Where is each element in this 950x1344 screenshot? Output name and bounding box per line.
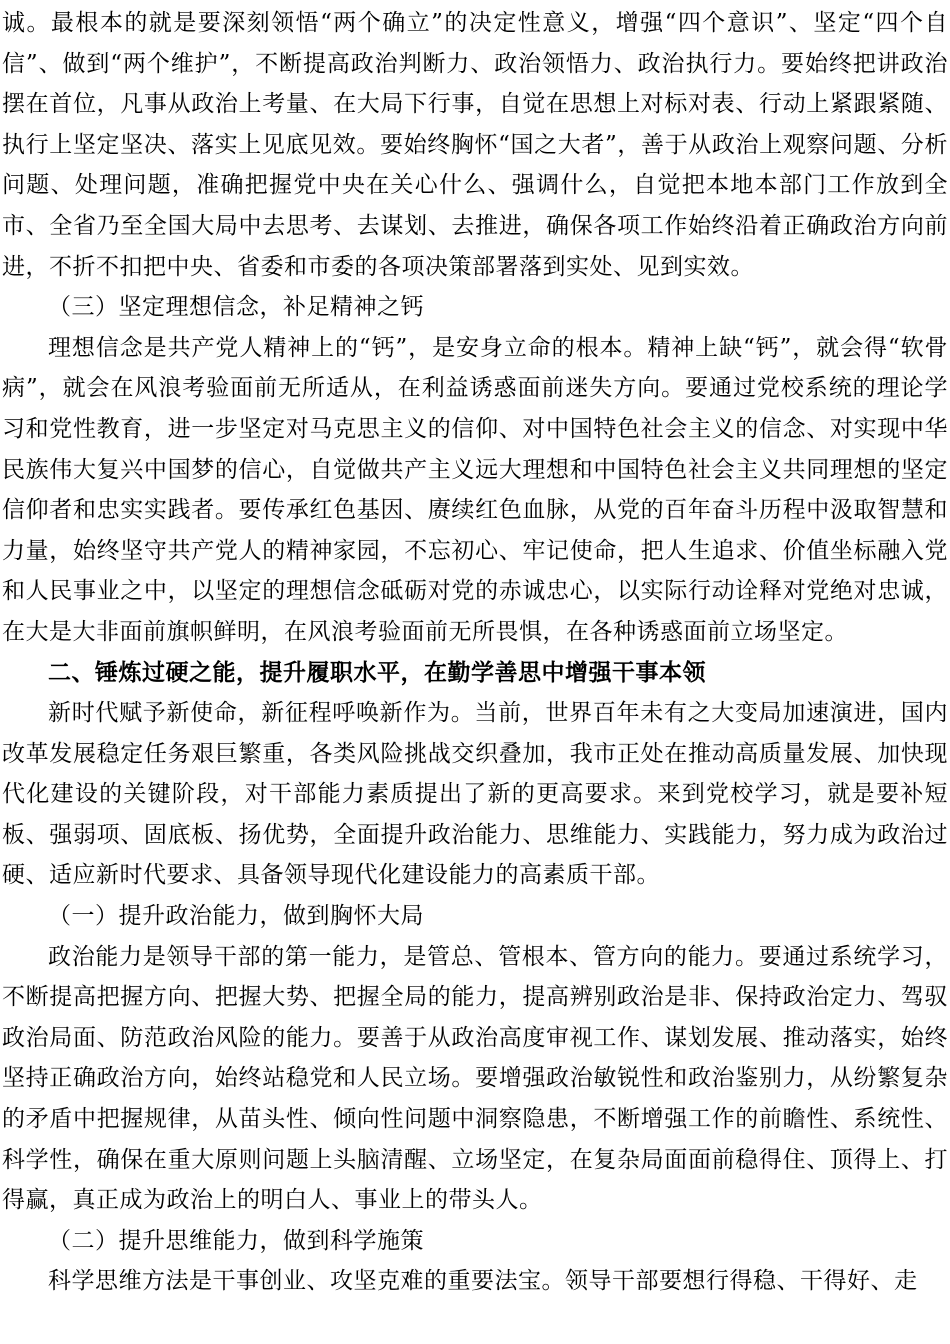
body-paragraph: 科学思维方法是干事创业、攻坚克难的重要法宝。领导干部要想行得稳、干得好、走 bbox=[2, 1261, 948, 1302]
body-paragraph: 新时代赋予新使命，新征程呼唤新作为。当前，世界百年未有之大变局加速演进，国内改革… bbox=[2, 693, 948, 896]
subsection-heading: （三）坚定理想信念，补足精神之钙 bbox=[2, 287, 948, 328]
subsection-heading: （二）提升思维能力，做到科学施策 bbox=[2, 1221, 948, 1262]
document-page: 诚。最根本的就是要深刻领悟“两个确立”的决定性意义，增强“四个意识”、坚定“四个… bbox=[0, 0, 950, 1344]
subsection-heading: （一）提升政治能力，做到胸怀大局 bbox=[2, 896, 948, 937]
body-paragraph: 理想信念是共产党人精神上的“钙”，是安身立命的根本。精神上缺“钙”，就会得“软骨… bbox=[2, 328, 948, 653]
body-paragraph: 诚。最根本的就是要深刻领悟“两个确立”的决定性意义，增强“四个意识”、坚定“四个… bbox=[2, 3, 948, 287]
body-paragraph: 政治能力是领导干部的第一能力，是管总、管根本、管方向的能力。要通过系统学习，不断… bbox=[2, 937, 948, 1221]
section-heading: 二、锤炼过硬之能，提升履职水平，在勤学善思中增强干事本领 bbox=[2, 653, 948, 694]
